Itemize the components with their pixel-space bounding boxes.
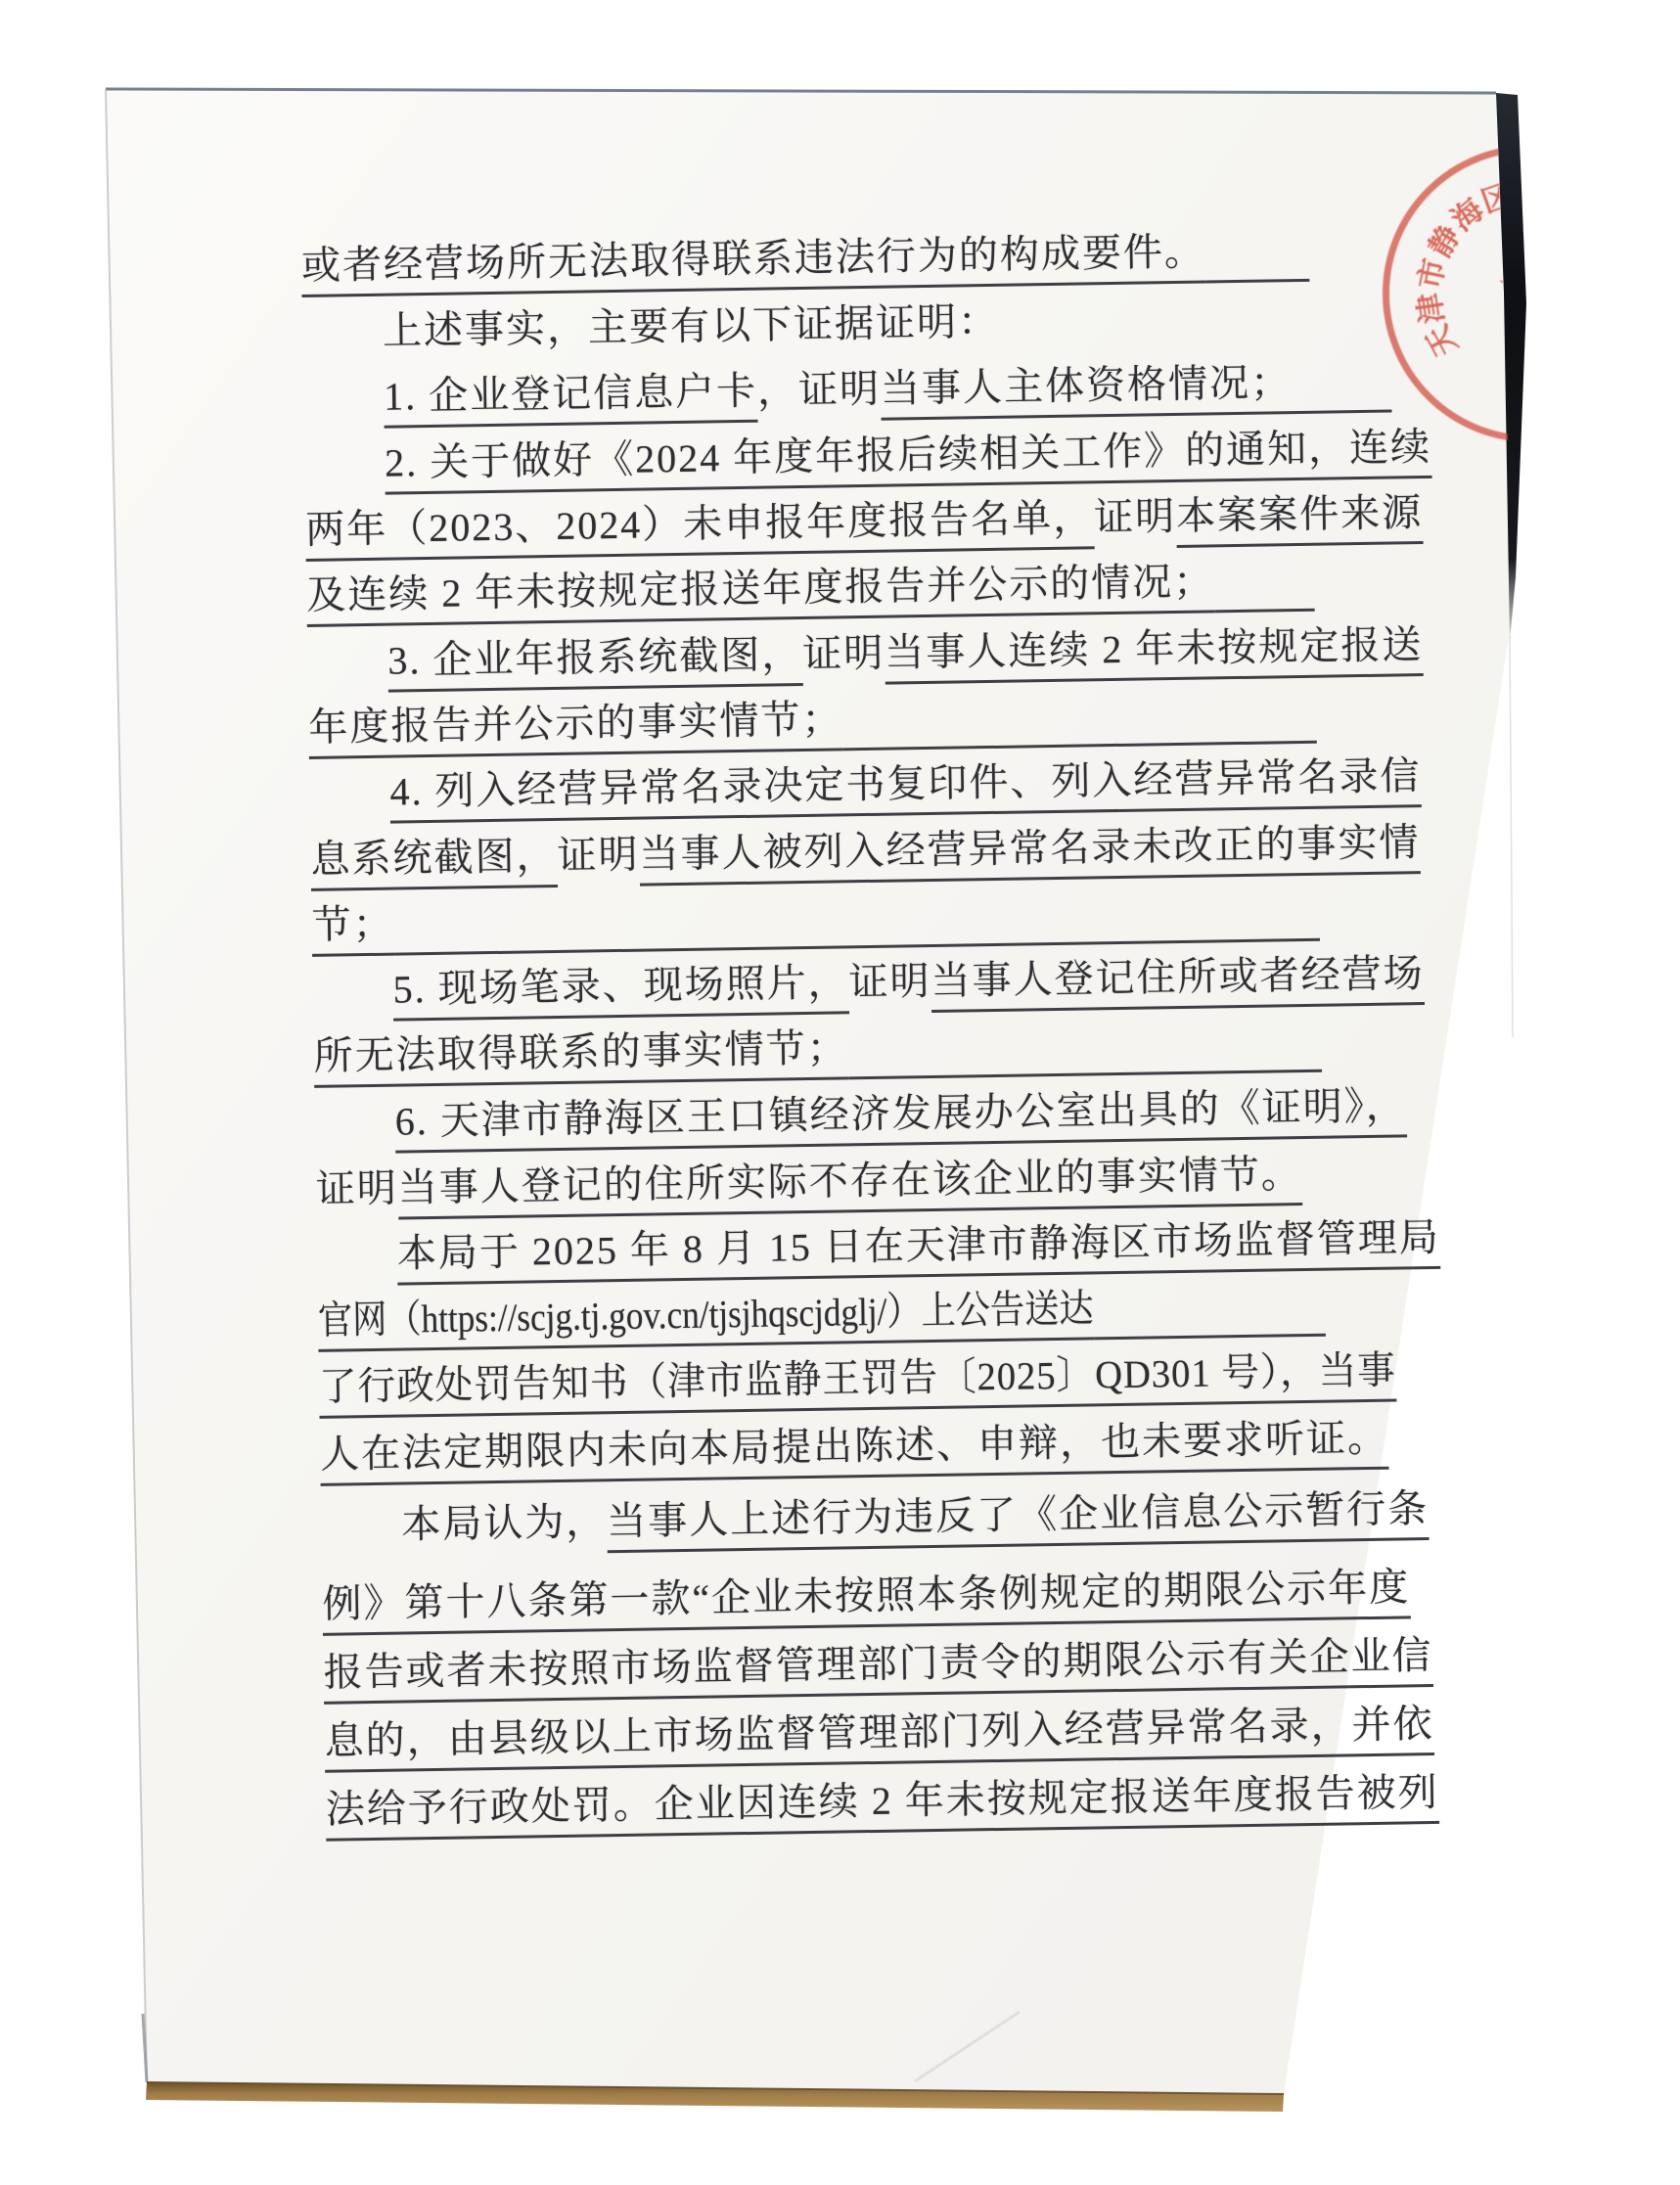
underlined-text-segment: 报告或者未按照市场监督管理部门责令的期限公示有关企业信 — [323, 1632, 1433, 1705]
document-line: 或者经营场所无法取得联系违法行为的构成要件。 — [301, 227, 1310, 297]
underlined-text-segment: 及连续 2 年未按规定报送年度报告并公示的情况； — [306, 558, 1215, 627]
text-segment: ，证明 — [757, 366, 882, 423]
underlined-text-segment: 当事人登记住所或者经营场 — [931, 950, 1425, 1013]
text-segment: 证明 — [1094, 493, 1177, 549]
document-text: 或者经营场所无法取得联系违法行为的构成要件。上述事实，主要有以下证据证明：1. … — [0, 0, 1680, 2185]
underlined-text-segment: 6. 天津市静海区王口镇经济发展办公室出具的《证明》， — [394, 1082, 1407, 1153]
blank-underline-fill — [843, 741, 1317, 751]
underlined-text-segment: 本局于 2025 年 8 月 15 日在天津市静海区市场监督管理局 — [397, 1214, 1441, 1286]
document-line: 1. 企业登记信息户卡，证明当事人主体资格情况； — [303, 358, 1392, 430]
underlined-text-segment: 息系统截图， — [310, 833, 558, 891]
underlined-text-segment: 4. 列入经营异常名录决定书复印件、列入经营异常名录信 — [389, 752, 1422, 824]
text-segment: 上述事实，主要有以下证据证明： — [383, 298, 1000, 363]
text-segment: 证明 — [848, 958, 931, 1014]
underlined-text-segment: 当事人登记的住所实际不存在该企业的事实情节。 — [397, 1151, 1302, 1220]
blank-underline-fill — [1205, 279, 1309, 284]
document-line: 息系统截图，证明当事人被列入经营异常名录未改正的事实情 — [310, 821, 1319, 891]
document-line: 4. 列入经营异常名录决定书复印件、列入经营异常名录信 — [309, 752, 1398, 824]
underlined-text-segment: 当事人连续 2 年未按规定报送 — [885, 621, 1424, 685]
photographed-document-page: ★ 天津市静海区市场监督管理局 或者经营场所无法取得联系违法行为的构成要件。上述… — [0, 0, 1680, 2185]
underlined-text-segment: 当事人被列入经营异常名录未改正的事实情 — [639, 819, 1421, 887]
document-line: 年度报告并公示的事实情节； — [308, 689, 1317, 759]
underlined-text-segment: 节； — [311, 901, 394, 957]
document-line: 息的，由县级以上市场监督管理部门列入经营异常名录，并依 — [324, 1703, 1333, 1773]
blank-underline-fill — [394, 938, 1320, 956]
blank-underline-fill — [848, 1070, 1322, 1080]
underlined-text-segment: 官网（https://scjg.tj.gov.cn/tjsjhqscjdglj/… — [318, 1285, 1094, 1351]
underlined-text-segment: 当事人上述行为违反了《企业信息公示暂行条 — [607, 1485, 1430, 1553]
document-line: 官网（https://scjg.tj.gov.cn/tjsjhqscjdglj/… — [318, 1282, 1326, 1352]
text-segment: 本局认为， — [401, 1498, 608, 1556]
underlined-text-segment: 当事人主体资格情况； — [881, 359, 1293, 421]
document-line: 例》第十八条第一款“企业未按照本条例规定的期限公示年度 — [322, 1566, 1331, 1636]
underlined-text-segment: 了行政处罚告知书（津市监静王罚告〔2025〕QD301 号），当事 — [319, 1347, 1397, 1419]
document-line: 本局于 2025 年 8 月 15 日在天津市静海区市场监督管理局 — [317, 1214, 1406, 1286]
underlined-text-segment: 所无法取得联系的事实情节； — [313, 1024, 848, 1088]
document-line: 5. 现场笔录、现场照片，证明当事人登记住所或者经营场 — [312, 950, 1401, 1022]
text-segment: 证明 — [315, 1165, 398, 1221]
blank-underline-fill — [1094, 1334, 1326, 1341]
underlined-text-segment: 1. 企业登记信息户卡 — [384, 368, 758, 429]
underlined-text-segment: 或者经营场所无法取得联系违法行为的构成要件。 — [301, 228, 1206, 297]
underlined-text-segment: 两年（2023、2024）未申报年度报告名单， — [305, 494, 1095, 562]
underlined-text-segment: 息的，由县级以上市场监督管理部门列入经营异常名录，并依 — [324, 1701, 1434, 1773]
document-line: 节； — [311, 887, 1320, 957]
blank-underline-fill — [1215, 609, 1315, 614]
document-line: 法给予行政处罚。企业因连续 2 年未按规定报送年度报告被列 — [325, 1771, 1334, 1842]
document-line: 2. 关于做好《2024 年度年报后续相关工作》的通知，连续 — [304, 425, 1393, 496]
underlined-text-segment: 法给予行政处罚。企业因连续 2 年未按规定报送年度报告被列 — [325, 1769, 1439, 1842]
document-line: 了行政处罚告知书（津市监静王罚告〔2025〕QD301 号），当事 — [319, 1348, 1327, 1419]
underlined-text-segment: 5. 现场笔录、现场照片， — [392, 959, 849, 1021]
document-line: 3. 企业年报系统截图，证明当事人连续 2 年未按规定报送 — [307, 621, 1396, 693]
underlined-text-segment: 人在法定期限内未向本局提出陈述、申辩，也未要求听证。 — [320, 1415, 1389, 1486]
underlined-text-segment: 2. 关于做好《2024 年度年报后续相关工作》的通知，连续 — [385, 424, 1432, 495]
document-line: 所无法取得联系的事实情节； — [313, 1018, 1322, 1088]
blank-underline-fill — [1292, 410, 1391, 415]
text-segment: 证明 — [802, 630, 885, 686]
document-line: 6. 天津市静海区王口镇经济发展办公室出具的《证明》， — [314, 1082, 1403, 1154]
document-line: 两年（2023、2024）未申报年度报告名单，证明本案案件来源 — [305, 491, 1314, 562]
underlined-text-segment: 例》第十八条第一款“企业未按照本条例规定的期限公示年度 — [322, 1564, 1411, 1635]
document-line: 本局认为，当事人上述行为违反了《企业信息公示暂行条 — [321, 1485, 1410, 1557]
underlined-text-segment: 3. 企业年报系统截图， — [387, 631, 803, 693]
document-line: 上述事实，主要有以下证据证明： — [302, 293, 1391, 364]
underlined-text-segment: 本案案件来源 — [1176, 489, 1424, 548]
document-line: 证明当事人登记的住所实际不存在该企业的事实情节。 — [315, 1151, 1324, 1221]
underlined-text-segment: 年度报告并公示的事实情节； — [308, 696, 843, 759]
document-line: 人在法定期限内未向本局提出陈述、申辩，也未要求听证。 — [320, 1416, 1329, 1486]
document-line: 报告或者未按照市场监督管理部门责令的期限公示有关企业信 — [323, 1634, 1332, 1705]
document-line: 及连续 2 年未按规定报送年度报告并公示的情况； — [306, 557, 1315, 627]
text-segment: 证明 — [557, 832, 640, 888]
